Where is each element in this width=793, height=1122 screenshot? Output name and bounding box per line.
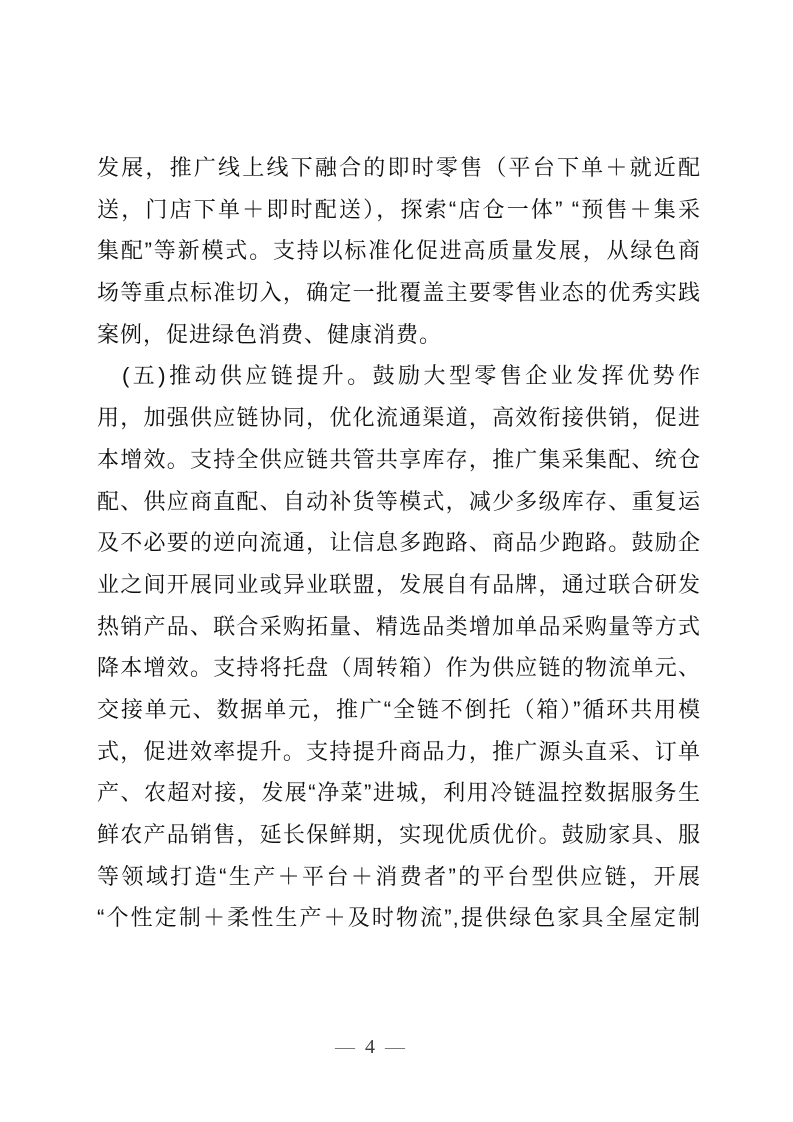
page-number-dash-right: — — [385, 1036, 405, 1058]
text-line: 本增效。支持全供应链共管共享库存，推广集采集配、统仓统 — [97, 439, 701, 481]
text-line: 发展，推广线上线下融合的即时零售（平台下单＋就近配 — [97, 147, 701, 189]
text-line: 产、农超对接，发展“净菜”进城，利用冷链温控数据服务生 — [97, 772, 701, 814]
page-number-dash-left: — — [335, 1036, 355, 1058]
text-line: “个性定制＋柔性生产＋及时物流”,提供绿色家具全屋定制 — [97, 897, 701, 939]
text-line: 降本增效。支持将托盘（周转箱）作为供应链的物流单元、 — [97, 647, 701, 689]
text-line: 案例，促进绿色消费、健康消费。 — [97, 314, 701, 356]
text-line: 及不必要的逆向流通，让信息多跑路、商品少跑路。鼓励企 — [97, 522, 701, 564]
text-line: 用，加强供应链协同，优化流通渠道，高效衔接供销，促进降 — [97, 397, 701, 439]
page-number: —4— — [335, 1036, 405, 1059]
text-line: 交接单元、数据单元，推广“全链不倒托（箱）”循环共用模 — [97, 689, 701, 731]
page-number-value: 4 — [365, 1036, 375, 1058]
text-line: 鲜农产品销售，延长保鲜期，实现优质优价。鼓励家具、服装 — [97, 814, 701, 856]
text-line: 业之间开展同业或异业联盟，发展自有品牌，通过联合研发 — [97, 564, 701, 606]
text-line: 等领域打造“生产＋平台＋消费者”的平台型供应链，开展 — [97, 856, 701, 898]
text-line: 式，促进效率提升。支持提升商品力，推广源头直采、订单生 — [97, 731, 701, 773]
text-line: 场等重点标准切入，确定一批覆盖主要零售业态的优秀实践 — [97, 272, 701, 314]
text-line: 集配”等新模式。支持以标准化促进高质量发展，从绿色商 — [97, 230, 701, 272]
text-line: (五)推动供应链提升。鼓励大型零售企业发挥优势作 — [97, 355, 701, 397]
text-line: 送，门店下单＋即时配送），探索“店仓一体” “预售＋集采 — [97, 189, 701, 231]
body-text: 发展，推广线上线下融合的即时零售（平台下单＋就近配 送，门店下单＋即时配送），探… — [97, 147, 701, 939]
text-line: 热销产品、联合采购拓量、精选品类增加单品采购量等方式 — [97, 606, 701, 648]
document-page: 发展，推广线上线下融合的即时零售（平台下单＋就近配 送，门店下单＋即时配送），探… — [0, 0, 793, 1122]
text-line: 配、供应商直配、自动补货等模式，减少多级库存、重复运输 — [97, 481, 701, 523]
